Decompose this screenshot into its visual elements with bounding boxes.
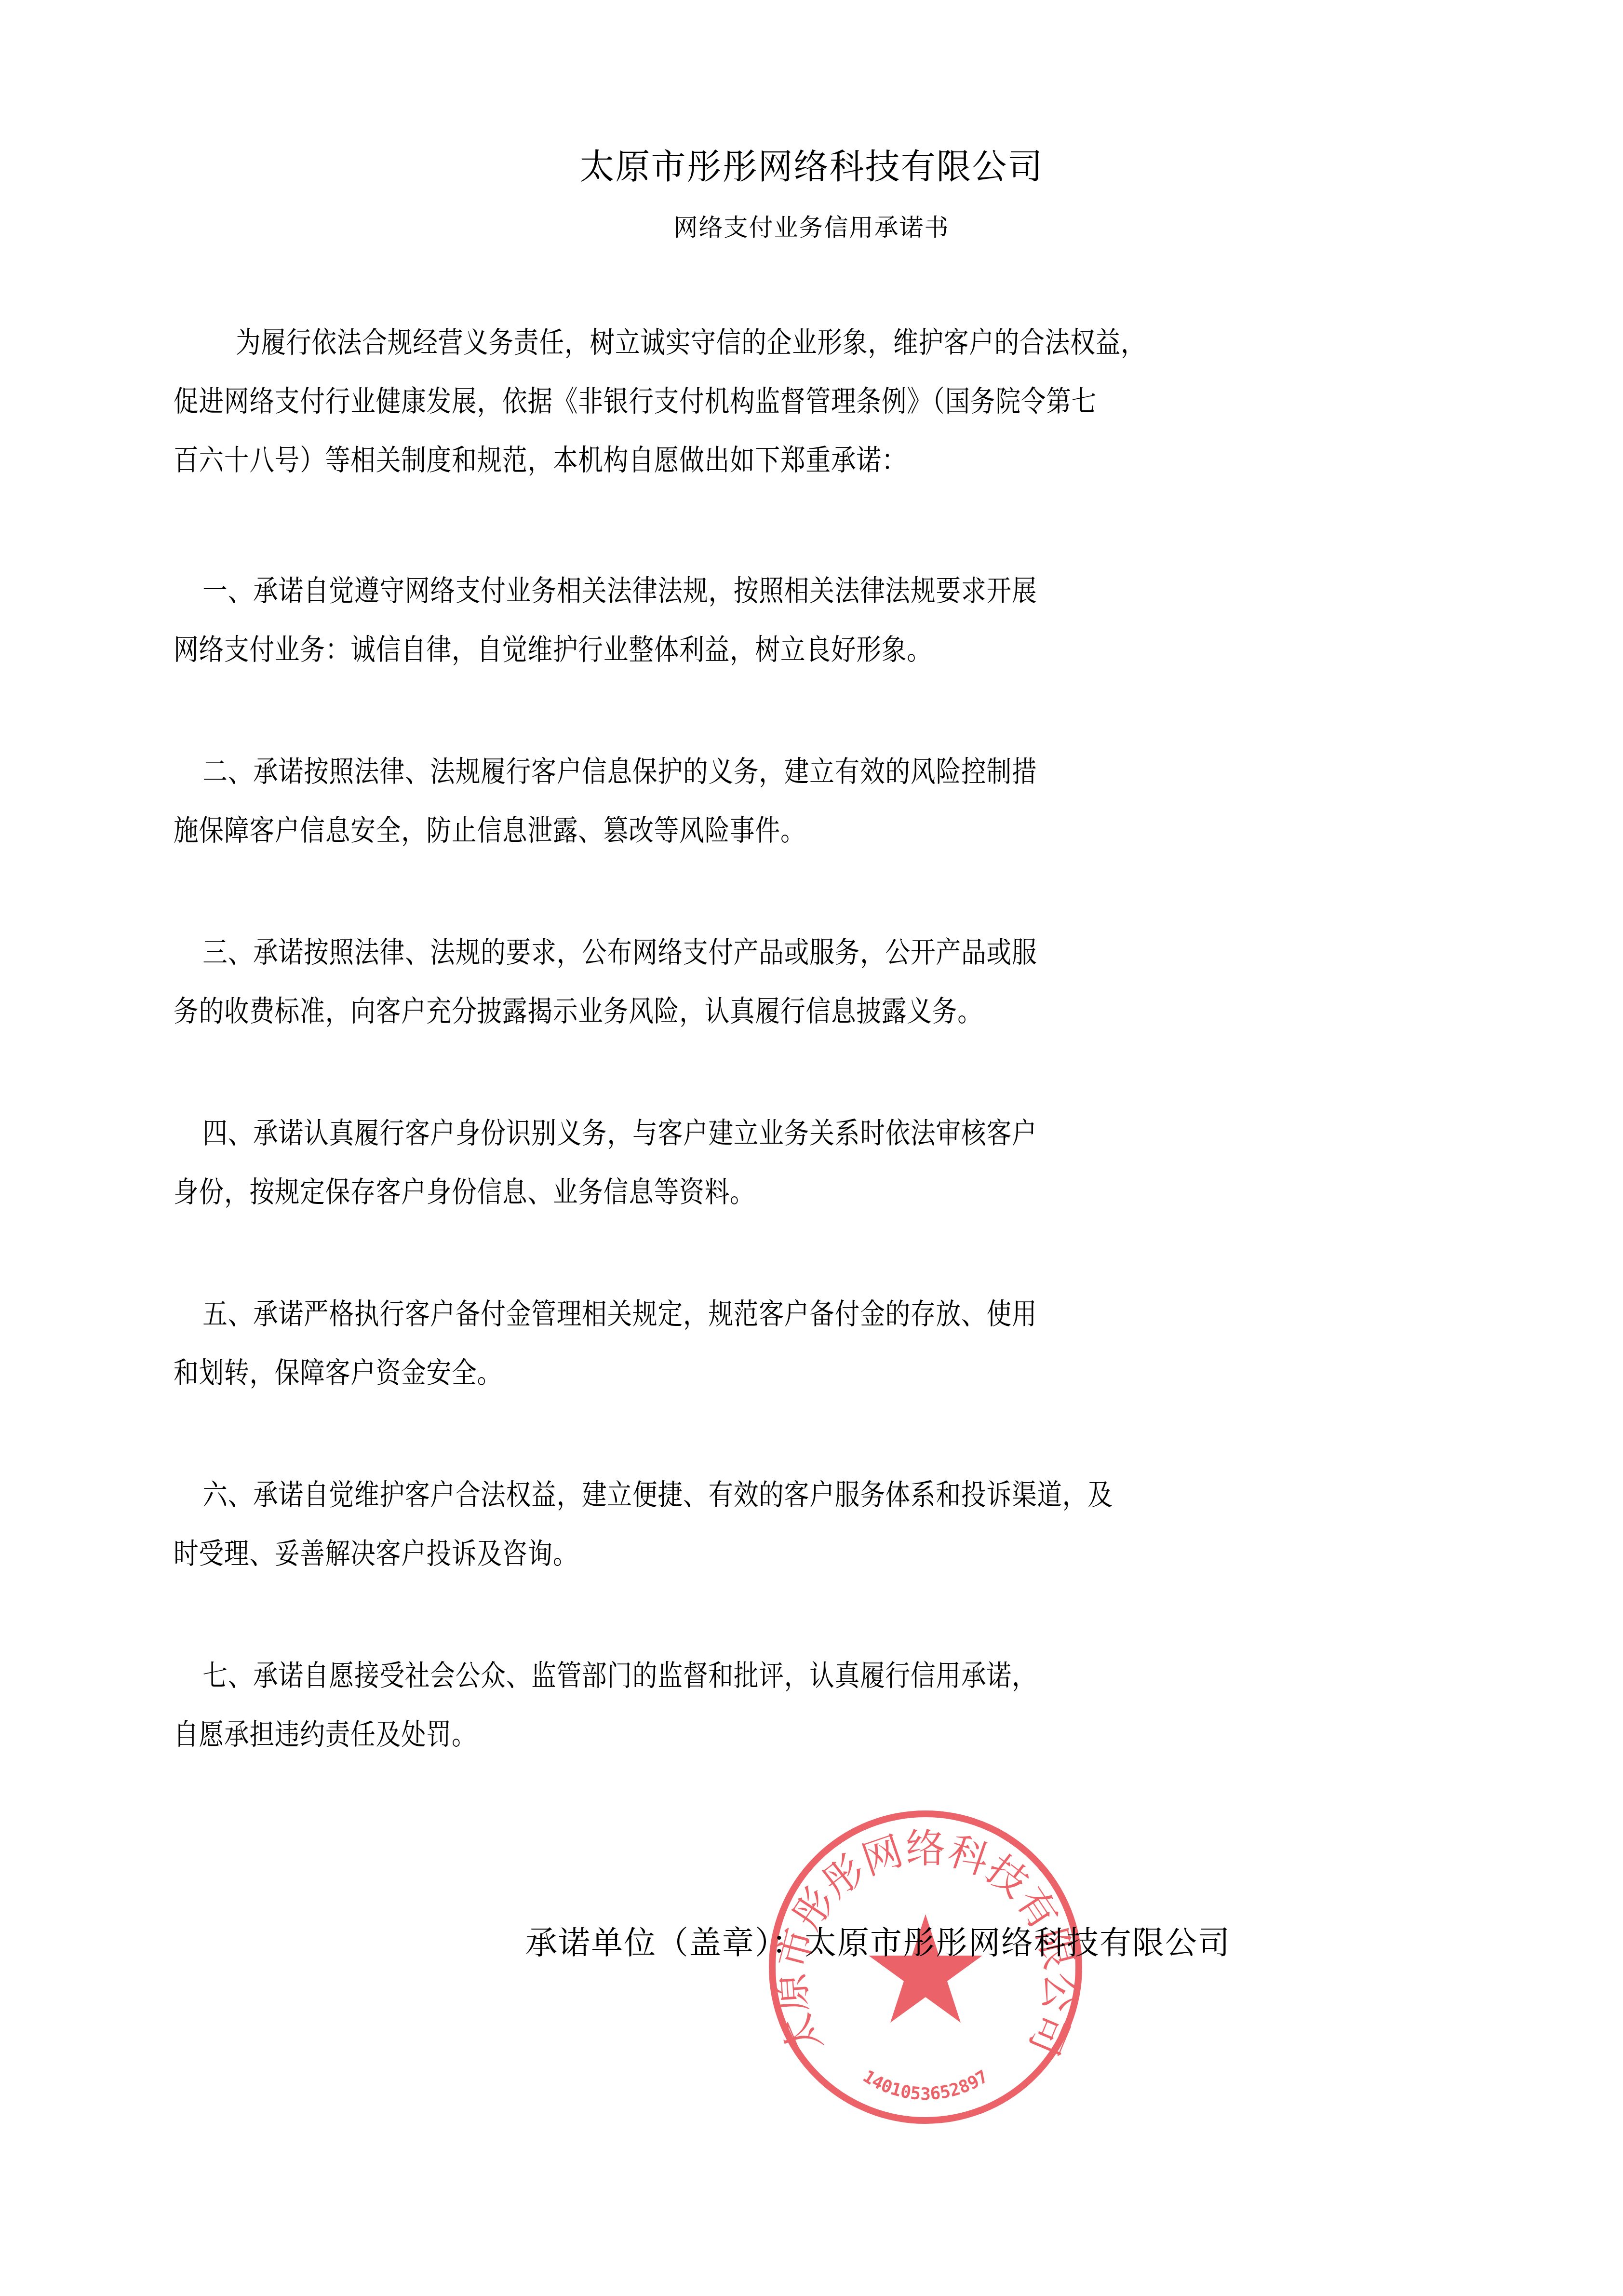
signature-line: 承诺单位（盖章）：太原市彤彤网络科技有限公司 xyxy=(525,1921,1231,1965)
commitment-line: 身份，按规定保存客户身份信息、业务信息等资料。 xyxy=(174,1163,1425,1222)
commitment-line: 网络支付业务：诚信自律，自觉维护行业整体利益，树立良好形象。 xyxy=(174,621,1425,679)
commitment-line: 七、承诺自愿接受社会公众、监管部门的监督和批评，认真履行信用承诺， xyxy=(174,1647,1425,1705)
intro-line: 百六十八号）等相关制度和规范，本机构自愿做出如下郑重承诺： xyxy=(174,431,1425,490)
commitment-line: 时受理、妥善解决客户投诉及咨询。 xyxy=(174,1525,1425,1583)
commitment-line: 施保障客户信息安全，防止信息泄露、篡改等风险事件。 xyxy=(174,801,1425,860)
company-title: 太原市彤彤网络科技有限公司 xyxy=(0,145,1623,188)
signature-company: 太原市彤彤网络科技有限公司 xyxy=(805,1924,1231,1961)
commitment-item: 七、承诺自愿接受社会公众、监管部门的监督和批评，认真履行信用承诺， 自愿承担违约… xyxy=(174,1647,1623,1764)
seal-number: 1401053652897 xyxy=(859,2066,992,2104)
commitment-line: 务的收费标准，向客户充分披露揭示业务风险，认真履行信息披露义务。 xyxy=(174,982,1425,1041)
company-seal: 太原市彤彤网络科技有限公司 1401053652897 xyxy=(762,1803,1089,2131)
commitment-line: 四、承诺认真履行客户身份识别义务，与客户建立业务关系时依法审核客户 xyxy=(174,1104,1425,1163)
commitment-item: 六、承诺自觉维护客户合法权益，建立便捷、有效的客户服务体系和投诉渠道，及 时受理… xyxy=(174,1466,1623,1583)
intro-paragraph: 为履行依法合规经营义务责任，树立诚实守信的企业形象，维护客户的合法权益， 促进网… xyxy=(174,313,1623,490)
commitment-item: 三、承诺按照法律、法规的要求，公布网络支付产品或服务，公开产品或服 务的收费标准… xyxy=(174,923,1623,1041)
intro-line: 促进网络支付行业健康发展，依据《非银行支付机构监督管理条例》（国务院令第七 xyxy=(174,372,1425,431)
intro-line: 为履行依法合规经营义务责任，树立诚实守信的企业形象，维护客户的合法权益， xyxy=(174,313,1425,372)
commitment-item: 五、承诺严格执行客户备付金管理相关规定，规范客户备付金的存放、使用 和划转，保障… xyxy=(174,1285,1623,1403)
commitment-line: 三、承诺按照法律、法规的要求，公布网络支付产品或服务，公开产品或服 xyxy=(174,923,1425,982)
commitment-item: 一、承诺自觉遵守网络支付业务相关法律法规，按照相关法律法规要求开展 网络支付业务… xyxy=(174,562,1623,679)
commitment-line: 和划转，保障客户资金安全。 xyxy=(174,1344,1425,1403)
commitment-line: 五、承诺严格执行客户备付金管理相关规定，规范客户备付金的存放、使用 xyxy=(174,1285,1425,1344)
commitment-line: 二、承诺按照法律、法规履行客户信息保护的义务，建立有效的风险控制措 xyxy=(174,743,1425,801)
commitment-line: 六、承诺自觉维护客户合法权益，建立便捷、有效的客户服务体系和投诉渠道，及 xyxy=(174,1466,1425,1525)
signature-label: 承诺单位（盖章）： xyxy=(525,1924,805,1961)
commitment-item: 四、承诺认真履行客户身份识别义务，与客户建立业务关系时依法审核客户 身份，按规定… xyxy=(174,1104,1623,1222)
commitment-line: 自愿承担违约责任及处罚。 xyxy=(174,1705,1425,1764)
document-title: 网络支付业务信用承诺书 xyxy=(0,212,1623,243)
commitment-item: 二、承诺按照法律、法规履行客户信息保护的义务，建立有效的风险控制措 施保障客户信… xyxy=(174,743,1623,860)
commitment-line: 一、承诺自觉遵守网络支付业务相关法律法规，按照相关法律法规要求开展 xyxy=(174,562,1425,621)
